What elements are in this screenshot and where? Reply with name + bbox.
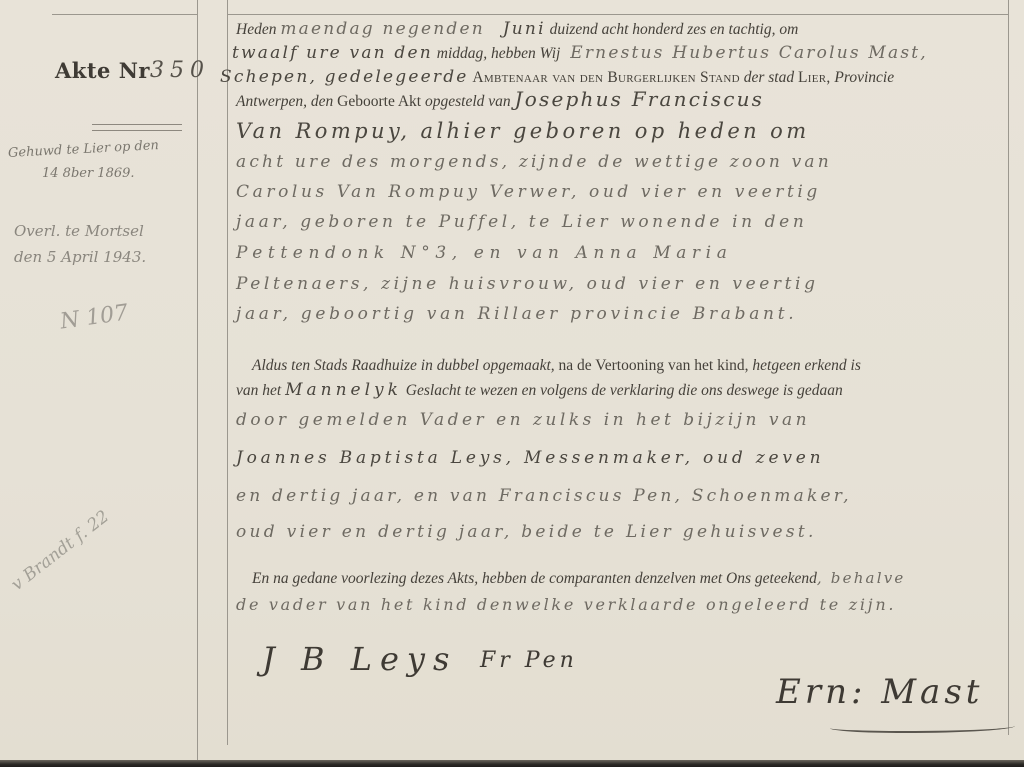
marriage-note-line1: Gehuwd te Lier op den [8, 138, 160, 161]
officer-signature-flourish [830, 721, 1015, 733]
body-p2-line-3: door gemelden Vader en zulks in het bijz… [236, 410, 810, 430]
body-p3-line-2: de vader van het kind denwelke verklaard… [236, 595, 896, 615]
body-p2-line-4: Joannes Baptista Leys, Messenmaker, oud … [236, 448, 824, 468]
body-right-rule [1008, 0, 1009, 735]
akte-number: 350 [150, 58, 210, 83]
body-line-9: Pettendonk N°3, en van Anna Maria [236, 243, 732, 263]
body-line-7: Carolus Van Rompuy Verwer, oud vier en v… [236, 182, 821, 202]
top-rule-body [228, 14, 1008, 15]
body-line-2: twaalf ure van den middag, hebben Wij Er… [232, 43, 928, 64]
death-note-line2: den 5 April 1943. [14, 248, 146, 266]
body-p2-line-2: van het Mannelyk Geslacht te wezen en vo… [236, 380, 843, 401]
margin-rule [197, 0, 198, 762]
body-left-rule [227, 0, 228, 745]
akte-label: Akte Nr [55, 58, 150, 83]
akte-double-rule [92, 124, 182, 131]
marriage-note-line2: 14 8ber 1869. [42, 166, 135, 181]
top-rule-margin [52, 14, 197, 15]
body-p2-line-5: en dertig jaar, en van Franciscus Pen, S… [236, 486, 852, 506]
index-reference-note: v Brandt f. 22 [8, 507, 113, 595]
body-line-3: Schepen, gedelegeerde Ambtenaar van den … [220, 67, 894, 88]
body-p3-line-1: En na gedane voorlezing dezes Akts, hebb… [252, 568, 905, 589]
signature-witness-leys: J B Leys [262, 640, 457, 678]
body-line-1: Heden maendag negenden Juni duizend acht… [236, 19, 798, 40]
death-note-line1: Overl. te Mortsel [14, 222, 144, 240]
signature-officer-mast: Ern: Mast [776, 672, 983, 712]
body-p2-line-1: Aldus ten Stads Raadhuize in dubbel opge… [252, 356, 861, 376]
body-line-10: Peltenaers, zijne huisvrouw, oud vier en… [236, 274, 819, 294]
register-page: Akte Nr 350 Gehuwd te Lier op den 14 8be… [0, 0, 1024, 762]
register-number-note: N 107 [59, 300, 130, 334]
body-line-8: jaar, geboren te Puffel, te Lier wonende… [236, 212, 807, 232]
signature-witness-pen: Fr Pen [480, 648, 578, 673]
body-line-11: jaar, geboortig van Rillaer provincie Br… [236, 304, 797, 324]
page-bottom-edge [0, 760, 1024, 767]
body-line-4: Antwerpen, den Geboorte Akt opgesteld va… [236, 89, 764, 112]
body-line-6: acht ure des morgends, zijnde de wettige… [236, 152, 832, 172]
body-line-5: Van Rompuy, alhier geboren op heden om [236, 121, 810, 141]
body-p2-line-6: oud vier en dertig jaar, beide te Lier g… [236, 522, 817, 542]
